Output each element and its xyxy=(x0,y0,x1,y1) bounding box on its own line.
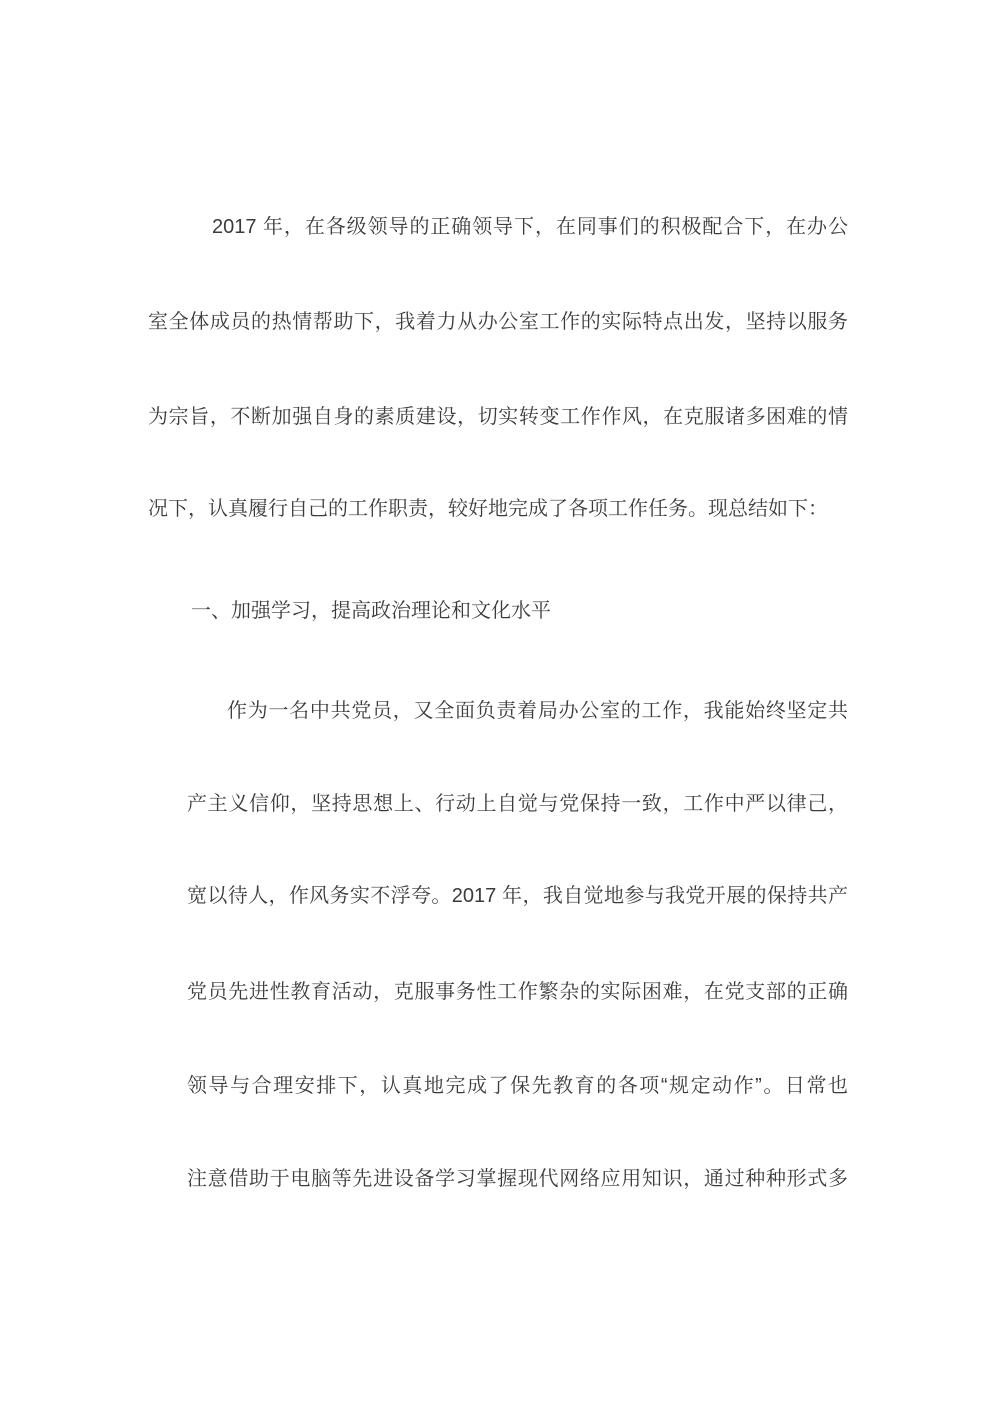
section-heading-1: 一、加强学习，提高政治理论和文化水平 xyxy=(191,598,931,625)
paragraph-1-line-2: 室全体成员的热情帮助下，我着力从办公室工作的实际特点出发，坚持以服务 xyxy=(148,309,848,336)
paragraph-2-line-5: 领导与合理安排下，认真地完成了保先教育的各项“规定动作”。日常也 xyxy=(187,1073,848,1100)
paragraph-2-line-6: 注意借助于电脑等先进设备学习掌握现代网络应用知识，通过种种形式多 xyxy=(187,1166,848,1193)
document-page: 2017 年，在各级领导的正确领导下，在同事们的积极配合下，在办公 室全体成员的… xyxy=(0,0,1000,1415)
paragraph-2-line-1: 作为一名中共党员，又全面负责着局办公室的工作，我能始终坚定共 xyxy=(187,698,848,725)
paragraph-2-line-2: 产主义信仰，坚持思想上、行动上自觉与党保持一致，工作中严以律己， xyxy=(187,791,848,818)
paragraph-2-line-3: 宽以待人，作风务实不浮夸。2017 年，我自觉地参与我党开展的保持共产 xyxy=(187,883,848,910)
paragraph-1-line-4: 况下，认真履行自己的工作职责，较好地完成了各项工作任务。现总结如下： xyxy=(148,496,848,523)
paragraph-1-line-1: 2017 年，在各级领导的正确领导下，在同事们的积极配合下，在办公 xyxy=(148,214,848,241)
paragraph-2-line-4: 党员先进性教育活动，克服事务性工作繁杂的实际困难，在党支部的正确 xyxy=(187,979,848,1006)
paragraph-1-line-3: 为宗旨，不断加强自身的素质建设，切实转变工作作风，在克服诸多困难的情 xyxy=(148,404,848,431)
